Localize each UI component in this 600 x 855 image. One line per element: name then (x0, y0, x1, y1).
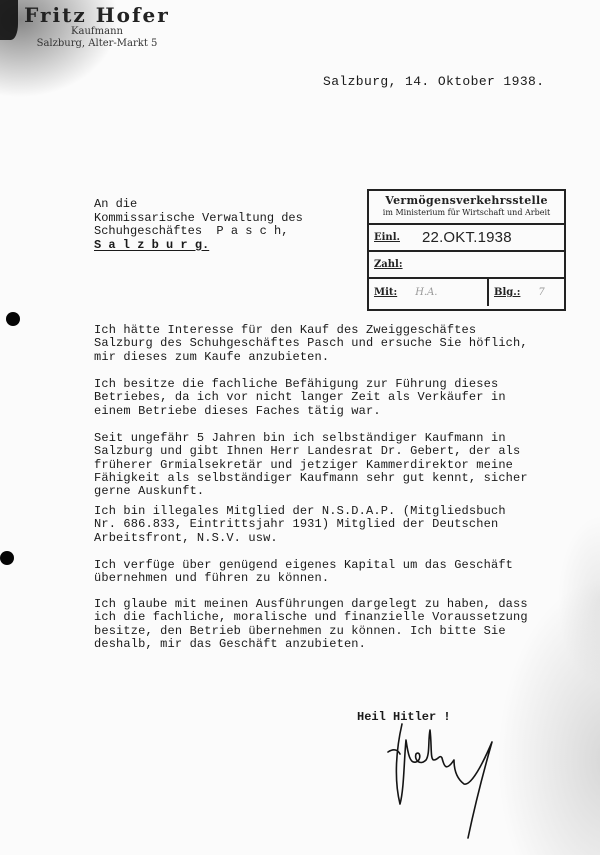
stamp-ref-cell: Mit: H.A. (369, 279, 489, 306)
recipient-line: Schuhgeschäftes P a s c h, (94, 225, 303, 239)
stamp-bottom-row: Mit: H.A. Blg.: 7 (369, 279, 564, 306)
body-paragraph: Ich glaube mit meinen Ausführungen darge… (94, 598, 528, 651)
stamp-file-label: Zahl: (374, 259, 403, 270)
stamp-received-label: Einl. (374, 232, 400, 243)
stamp-pages-cell: Blg.: 7 (489, 279, 564, 306)
body-paragraph: Ich besitze die fachliche Befähigung zur… (94, 378, 506, 418)
paragraph-text: Seit ungefähr 5 Jahren bin ich selbständ… (94, 432, 528, 498)
punch-hole (6, 312, 20, 326)
recipient-address: An die Kommissarische Verwaltung des Sch… (94, 198, 303, 252)
stamp-received-date: 22.OKT.1938 (422, 229, 512, 246)
body-paragraph: Ich verfüge über genügend eigenes Kapita… (94, 559, 513, 586)
stamp-pages-label: Blg.: (494, 287, 520, 298)
paragraph-text: Ich glaube mit meinen Ausführungen darge… (94, 598, 528, 651)
paragraph-text: Ich bin illegales Mitglied der N.S.D.A.P… (94, 505, 506, 545)
letterhead: Fritz Hofer Kaufmann Salzburg, Alter-Mar… (22, 4, 172, 50)
stamp-header: Vermögensverkehrsstelle im Ministerium f… (369, 191, 564, 225)
stamp-ref-value: H.A. (415, 287, 437, 298)
punch-hole (0, 551, 14, 565)
stamp-title: Vermögensverkehrsstelle (369, 194, 564, 207)
body-paragraph: Ich hätte Interesse für den Kauf des Zwe… (94, 324, 528, 364)
handwritten-signature (380, 720, 520, 850)
stamp-file-row: Zahl: (369, 252, 564, 279)
body-paragraph: Seit ungefähr 5 Jahren bin ich selbständ… (94, 432, 528, 498)
stamp-subtitle: im Ministerium für Wirtschaft und Arbeit (369, 207, 564, 218)
recipient-line: Kommissarische Verwaltung des (94, 212, 303, 226)
receipt-stamp: Vermögensverkehrsstelle im Ministerium f… (367, 189, 566, 311)
stamp-ref-label: Mit: (374, 287, 397, 298)
sender-name: Fritz Hofer (22, 4, 172, 26)
sender-title: Kaufmann (22, 26, 172, 38)
scan-corner-shadow (0, 0, 18, 40)
stamp-pages-value: 7 (538, 287, 544, 298)
recipient-line: An die (94, 198, 303, 212)
date-line: Salzburg, 14. Oktober 1938. (323, 74, 544, 89)
paragraph-text: Ich verfüge über genügend eigenes Kapita… (94, 559, 513, 586)
paragraph-text: Ich hätte Interesse für den Kauf des Zwe… (94, 324, 528, 364)
recipient-city: S a l z b u r g. (94, 239, 303, 253)
body-paragraph: Ich bin illegales Mitglied der N.S.D.A.P… (94, 505, 506, 545)
paragraph-text: Ich besitze die fachliche Befähigung zur… (94, 378, 506, 418)
sender-address: Salzburg, Alter-Markt 5 (22, 38, 172, 50)
stamp-received-row: Einl. 22.OKT.1938 (369, 225, 564, 252)
